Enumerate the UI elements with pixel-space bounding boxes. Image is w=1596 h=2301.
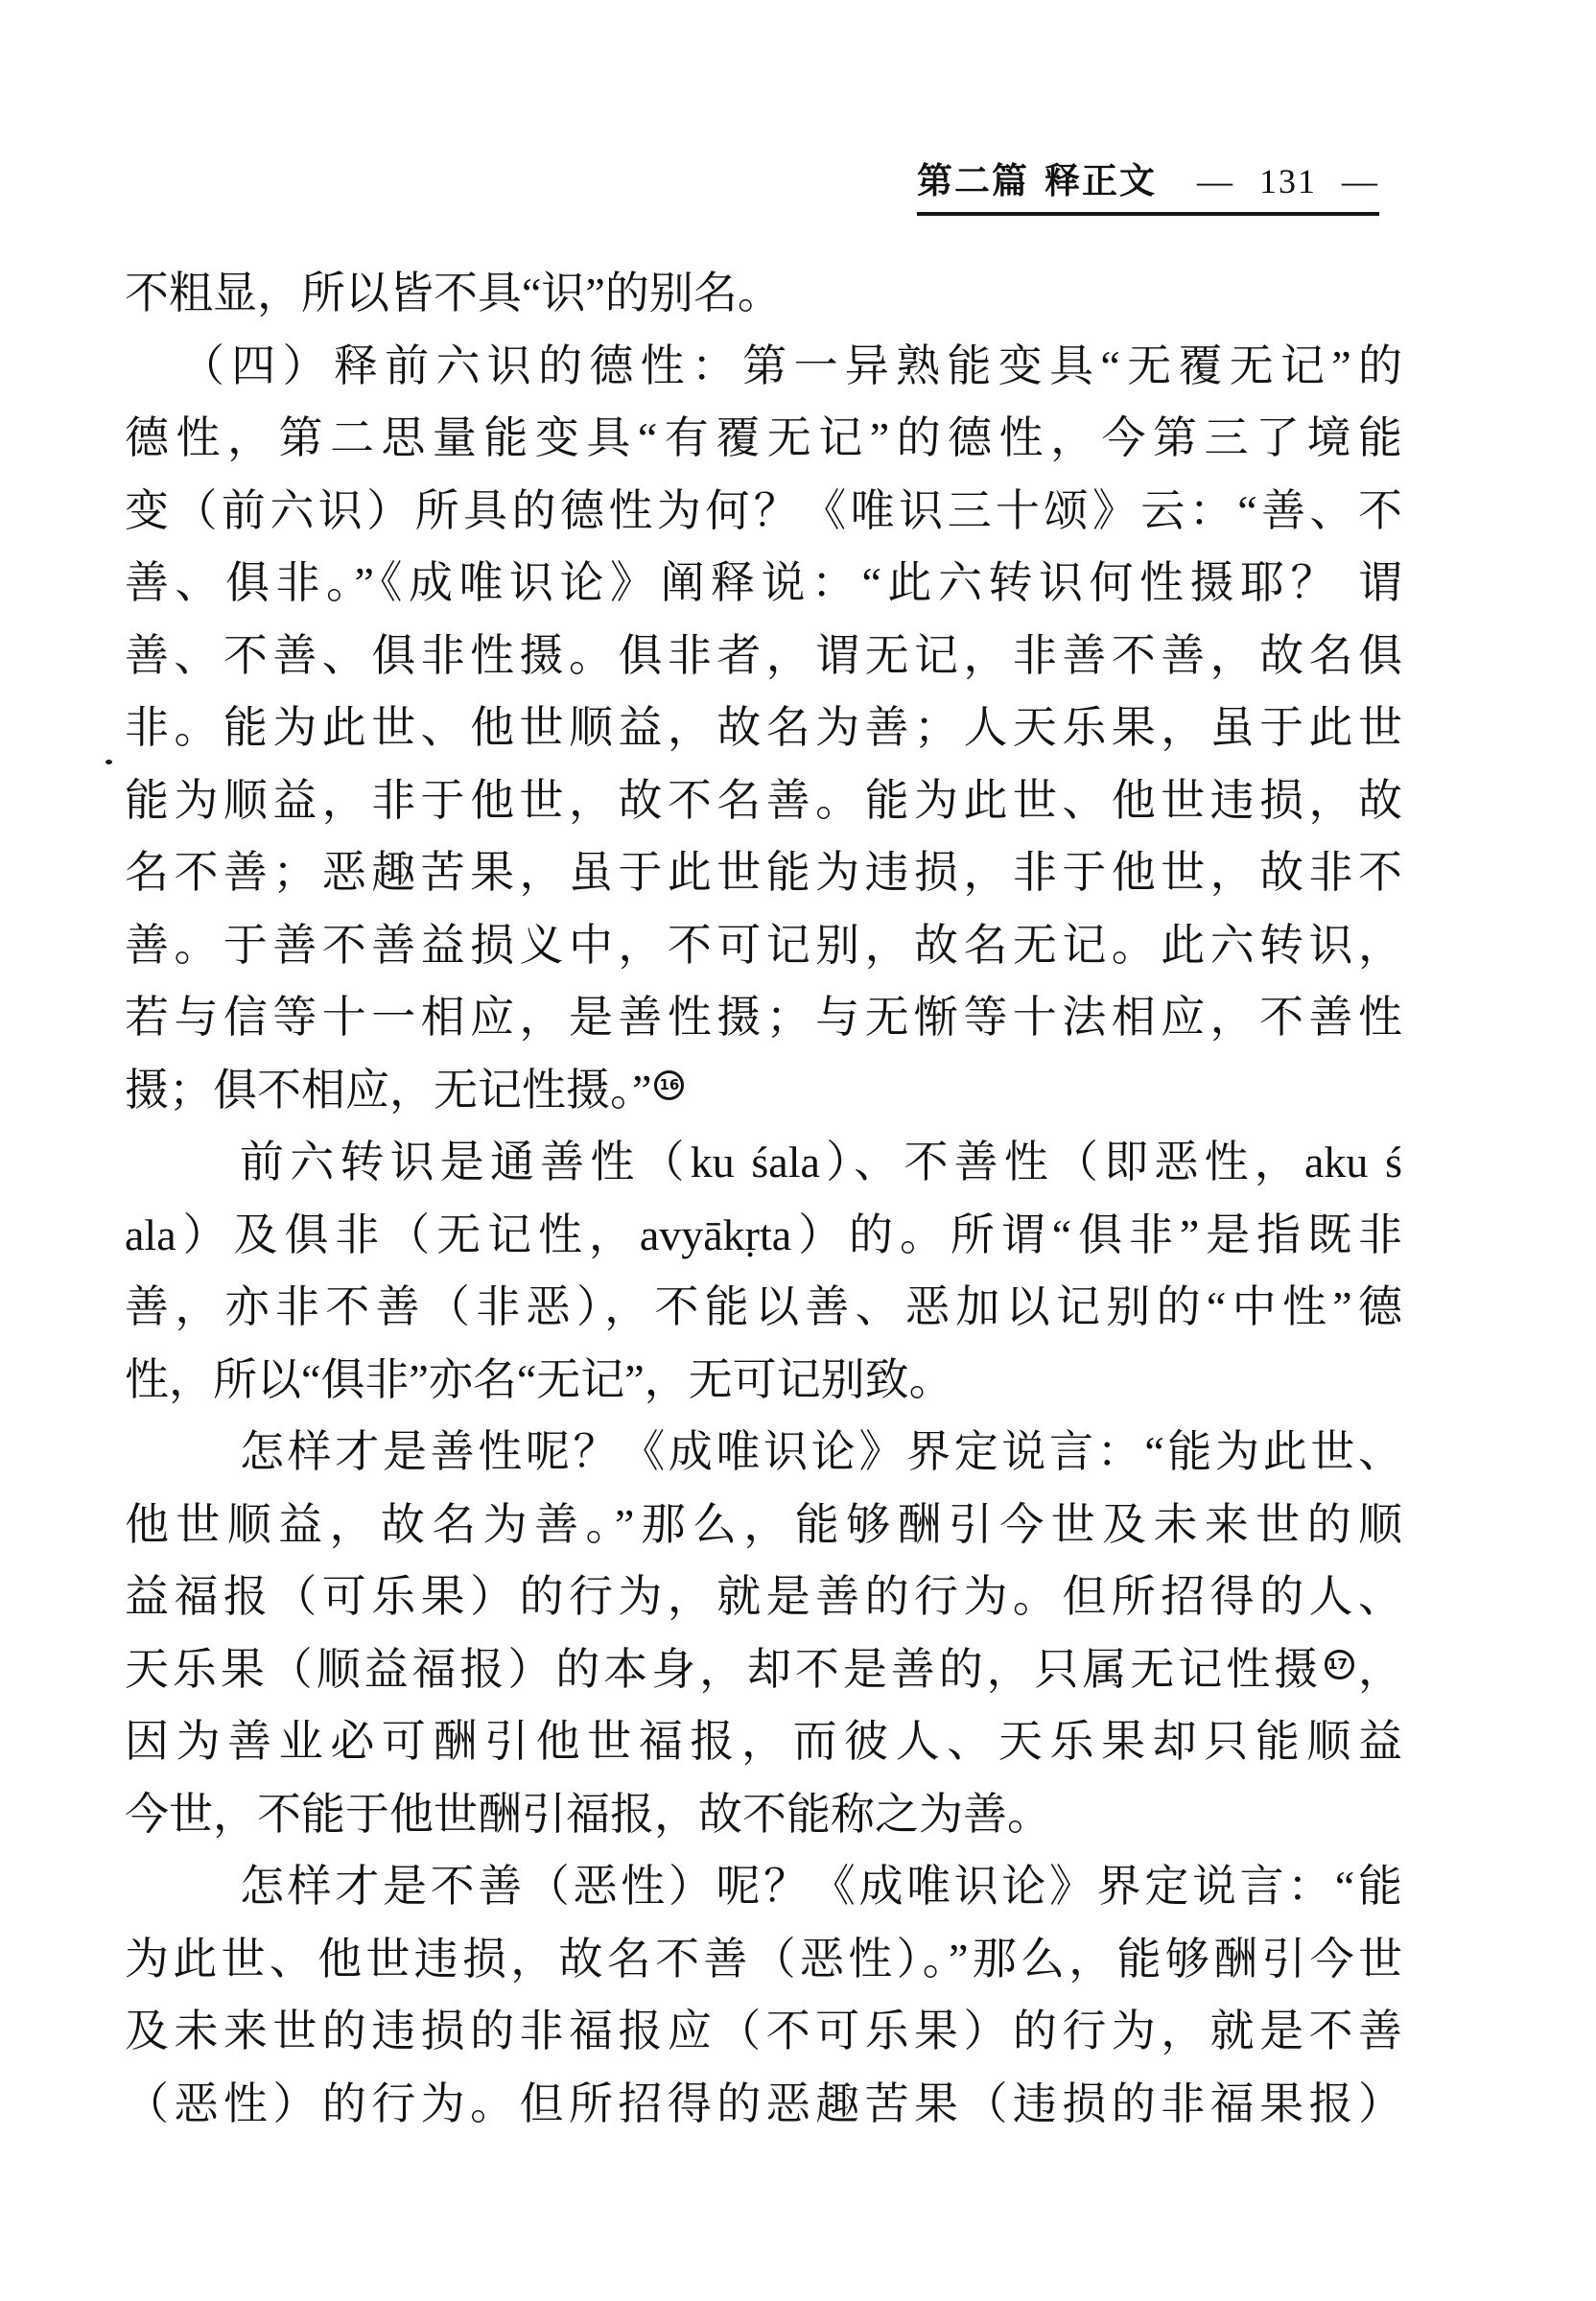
- ink-speck: [106, 760, 112, 764]
- body-text: 不粗显，所以皆不具“识”的别名。 （四）释前六识的德性：第一异熟能变具“无覆无记…: [125, 257, 1402, 2140]
- text-line: （四）释前六识的德性：第一异熟能变具“无覆无记”的: [125, 330, 1402, 403]
- paragraph: 前六转识是通善性（ku śala）、不善性（即恶性，aku ś ala）及俱非（…: [125, 1126, 1402, 1416]
- line-text: 为此世、他世违损，故名不善（恶性）。”那么，能够酬引今世: [125, 1935, 1402, 1984]
- line-text: 善，亦非不善（非恶），不能以善、恶加以记别的“中性”德: [125, 1282, 1402, 1331]
- text-line: 善。于善不善益损义中，不可记别，故名无记。此六转识，: [125, 909, 1402, 982]
- text-line: （恶性）的行为。但所招得的恶趣苦果（违损的非福果报）: [125, 2068, 1402, 2141]
- footnote-ref-16: 16: [654, 1070, 684, 1100]
- line-text: （四）释前六识的德性：第一异熟能变具“无覆无记”的: [180, 341, 1402, 390]
- text-line: 天乐果（顺益福报）的本身，却不是善的，只属无记性摄17，: [125, 1633, 1402, 1706]
- paragraph: （四）释前六识的德性：第一异熟能变具“无覆无记”的 德性，第二思量能变具“有覆无…: [125, 330, 1402, 1127]
- text-line: 善、不善、俱非性摄。俱非者，谓无记，非善不善，故名俱: [125, 620, 1402, 693]
- line-text: 及未来世的违损的非福报应（不可乐果）的行为，就是不善: [125, 2007, 1402, 2055]
- line-text: ala）及俱非（无记性，avyākṛta）的。所谓“俱非”是指既非: [125, 1210, 1402, 1259]
- paragraph: 怎样才是不善（恶性）呢？《成唯识论》界定说言：“能 为此世、他世违损，故名不善（…: [125, 1850, 1402, 2140]
- line-text: 益福报（可乐果）的行为，就是善的行为。但所招得的人、: [125, 1572, 1402, 1621]
- text-line: 若与信等十一相应，是善性摄；与无惭等十法相应，不善性: [125, 981, 1402, 1054]
- text-line: 怎样才是不善（恶性）呢？《成唯识论》界定说言：“能: [125, 1850, 1402, 1923]
- text-line: 他世顺益，故名为善。”那么，能够酬引今世及未来世的顺: [125, 1489, 1402, 1561]
- line-text: 变（前六识）所具的德性为何？《唯识三十颂》云：“善、不: [125, 486, 1402, 535]
- paragraph: 不粗显，所以皆不具“识”的别名。: [125, 257, 1402, 330]
- line-text: 因为善业必可酬引他世福报，而彼人、天乐果却只能顺益: [125, 1717, 1402, 1766]
- line-text: （恶性）的行为。但所招得的恶趣苦果（违损的非福果报）: [125, 2079, 1402, 2128]
- line-text: 前六转识是通善性（ku śala）、不善性（即恶性，aku ś: [240, 1138, 1402, 1186]
- paragraph: 怎样才是善性呢？《成唯识论》界定说言：“能为此世、 他世顺益，故名为善。”那么，…: [125, 1416, 1402, 1850]
- text-line: 非。能为此世、他世顺益，故名为善；人天乐果，虽于此世: [125, 692, 1402, 764]
- line-text: 摄；俱不相应，无记性摄。”: [125, 1066, 651, 1115]
- line-text: 非。能为此世、他世顺益，故名为善；人天乐果，虽于此世: [125, 703, 1402, 752]
- line-text: 能为顺益，非于他世，故不名善。能为此世、他世违损，故: [125, 776, 1402, 825]
- text-line: ala）及俱非（无记性，avyākṛta）的。所谓“俱非”是指既非: [125, 1199, 1402, 1272]
- text-line: 及未来世的违损的非福报应（不可乐果）的行为，就是不善: [125, 1995, 1402, 2068]
- text-line: 因为善业必可酬引他世福报，而彼人、天乐果却只能顺益: [125, 1705, 1402, 1778]
- page-number-dash-left: —: [1197, 162, 1234, 201]
- page-number-dash-right: —: [1342, 162, 1379, 201]
- footnote-ref-17: 17: [1325, 1650, 1354, 1679]
- line-text: 性，所以“俱非”亦名“无记”，无可记别致。: [125, 1355, 953, 1404]
- line-text: 不粗显，所以皆不具“识”的别名。: [125, 269, 782, 317]
- line-text: 天乐果（顺益福报）的本身，却不是善的，只属无记性摄: [125, 1645, 1322, 1694]
- page-number: 131: [1259, 162, 1317, 200]
- text-line: 摄；俱不相应，无记性摄。”16: [125, 1054, 1402, 1127]
- text-line: 益福报（可乐果）的行为，就是善的行为。但所招得的人、: [125, 1561, 1402, 1633]
- text-line: 名不善；恶趣苦果，虽于此世能为违损，非于他世，故非不: [125, 836, 1402, 909]
- text-line: 善、俱非。”《成唯识论》阐释说：“此六转识何性摄耶？ 谓: [125, 547, 1402, 620]
- text-line: 不粗显，所以皆不具“识”的别名。: [125, 257, 1402, 330]
- running-header: 第二篇释正文—131—: [917, 152, 1379, 216]
- running-header-rule: 第二篇释正文—131—: [917, 152, 1379, 216]
- line-text: 善、俱非。”《成唯识论》阐释说：“此六转识何性摄耶？ 谓: [125, 558, 1402, 607]
- line-text: 怎样才是不善（恶性）呢？《成唯识论》界定说言：“能: [240, 1862, 1402, 1911]
- scanned-book-page: 第二篇释正文—131— 不粗显，所以皆不具“识”的别名。 （四）释前六识的德性：…: [0, 0, 1596, 2301]
- text-line: 今世，不能于他世酬引福报，故不能称之为善。: [125, 1778, 1402, 1851]
- text-line: 为此世、他世违损，故名不善（恶性）。”那么，能够酬引今世: [125, 1923, 1402, 1996]
- line-text: 若与信等十一相应，是善性摄；与无惭等十法相应，不善性: [125, 993, 1402, 1042]
- text-line: 前六转识是通善性（ku śala）、不善性（即恶性，aku ś: [125, 1126, 1402, 1199]
- text-line: 变（前六识）所具的德性为何？《唯识三十颂》云：“善、不: [125, 475, 1402, 548]
- text-line: 性，所以“俱非”亦名“无记”，无可记别致。: [125, 1344, 1402, 1417]
- line-text: 今世，不能于他世酬引福报，故不能称之为善。: [125, 1790, 1051, 1839]
- text-line: 德性，第二思量能变具“有覆无记”的德性，今第三了境能: [125, 402, 1402, 475]
- line-text: 善、不善、俱非性摄。俱非者，谓无记，非善不善，故名俱: [125, 631, 1402, 680]
- text-line: 善，亦非不善（非恶），不能以善、恶加以记别的“中性”德: [125, 1271, 1402, 1344]
- line-text: 他世顺益，故名为善。”那么，能够酬引今世及未来世的顺: [125, 1500, 1402, 1549]
- line-text: 名不善；恶趣苦果，虽于此世能为违损，非于他世，故非不: [125, 848, 1402, 897]
- text-line: 能为顺益，非于他世，故不名善。能为此世、他世违损，故: [125, 764, 1402, 837]
- header-chapter-title: 释正文: [1044, 162, 1157, 201]
- line-text: 怎样才是善性呢？《成唯识论》界定说言：“能为此世、: [240, 1427, 1402, 1476]
- line-text: 德性，第二思量能变具“有覆无记”的德性，今第三了境能: [125, 413, 1402, 462]
- text-line: 怎样才是善性呢？《成唯识论》界定说言：“能为此世、: [125, 1416, 1402, 1489]
- line-text: ，: [1354, 1645, 1402, 1694]
- header-section-label: 第二篇: [917, 162, 1029, 201]
- line-text: 善。于善不善益损义中，不可记别，故名无记。此六转识，: [125, 921, 1402, 970]
